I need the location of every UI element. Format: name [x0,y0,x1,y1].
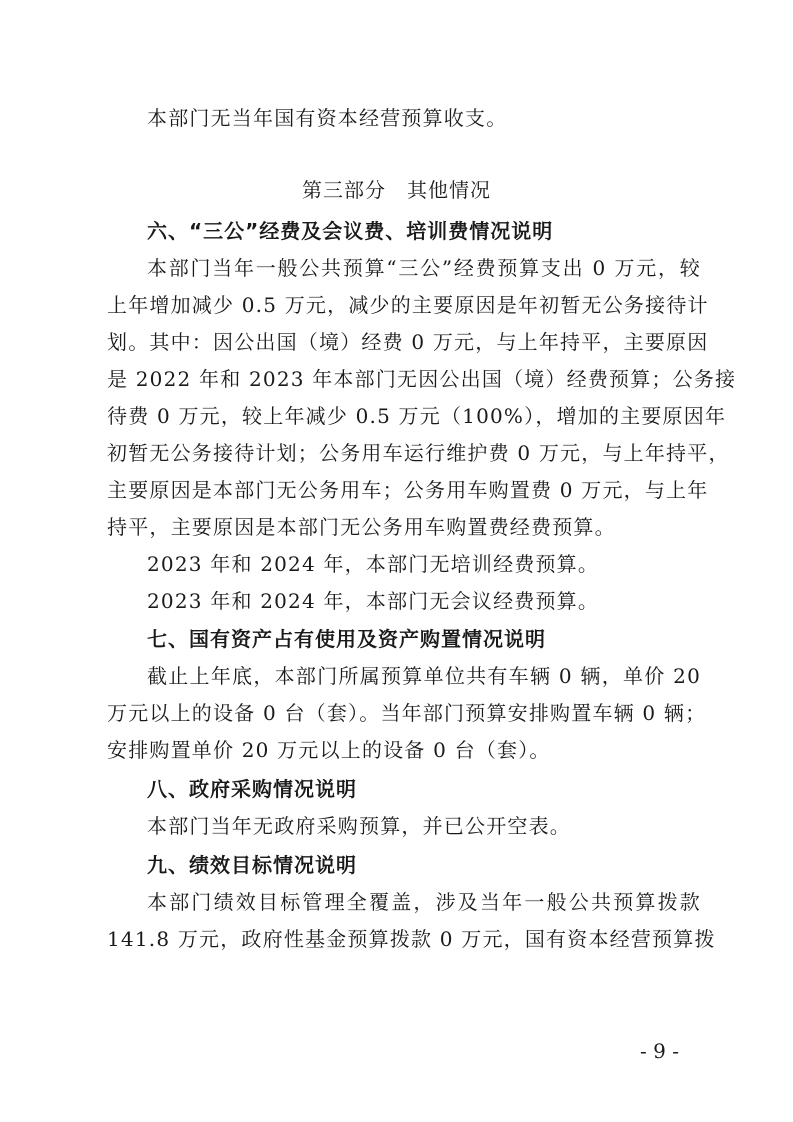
section-six-para-line: 初暂无公务接待计划；公务用车运行维护费 0 万元，与上年持平， [107,440,701,466]
section-seven-heading: 七、国有资产占有使用及资产购置情况说明 [147,626,701,652]
section-seven-para-line: 截止上年底，本部门所属预算单位共有车辆 0 辆，单价 20 [147,663,701,689]
section-six-para-line: 是 2022 年和 2023 年本部门无因公出国（境）经费预算；公务接 [107,366,701,392]
section-nine-para-line: 本部门绩效目标管理全覆盖，涉及当年一般公共预算拨款 [147,889,701,915]
section-six-heading: 六、“三公”经费及会议费、培训费情况说明 [147,218,701,244]
meeting-fee-paragraph: 2023 年和 2024 年，本部门无会议经费预算。 [147,588,701,614]
section-six-para-line: 划。其中：因公出国（境）经费 0 万元，与上年持平，主要原因 [107,329,701,355]
section-six-para-line: 主要原因是本部门无公务用车；公务用车购置费 0 万元，与上年 [107,477,701,503]
part-title: 第三部分 其他情况 [0,177,793,203]
section-seven-para-line: 安排购置单价 20 万元以上的设备 0 台（套）。 [107,737,701,763]
section-nine-para-line: 141.8 万元，政府性基金预算拨款 0 万元，国有资本经营预算拨 [107,926,701,952]
section-six-para-line: 上年增加减少 0.5 万元，减少的主要原因是年初暂无公务接待计 [107,292,701,318]
intro-paragraph: 本部门无当年国有资本经营预算收支。 [147,105,701,131]
section-seven-para-line: 万元以上的设备 0 台（套）。当年部门预算安排购置车辆 0 辆； [107,700,701,726]
section-six-para-line: 待费 0 万元，较上年减少 0.5 万元（100%），增加的主要原因年 [107,403,701,429]
section-eight-paragraph: 本部门当年无政府采购预算，并已公开空表。 [147,813,701,839]
section-six-para-line: 本部门当年一般公共预算“三公”经费预算支出 0 万元，较 [147,255,701,281]
document-page: 本部门无当年国有资本经营预算收支。 第三部分 其他情况 六、“三公”经费及会议费… [0,0,793,1122]
page-number: - 9 - [640,1038,679,1064]
training-fee-paragraph: 2023 年和 2024 年，本部门无培训经费预算。 [147,551,701,577]
section-six-para-line: 持平，主要原因是本部门无公务用车购置费经费预算。 [107,514,701,540]
section-eight-heading: 八、政府采购情况说明 [147,776,701,802]
section-nine-heading: 九、绩效目标情况说明 [147,852,701,878]
